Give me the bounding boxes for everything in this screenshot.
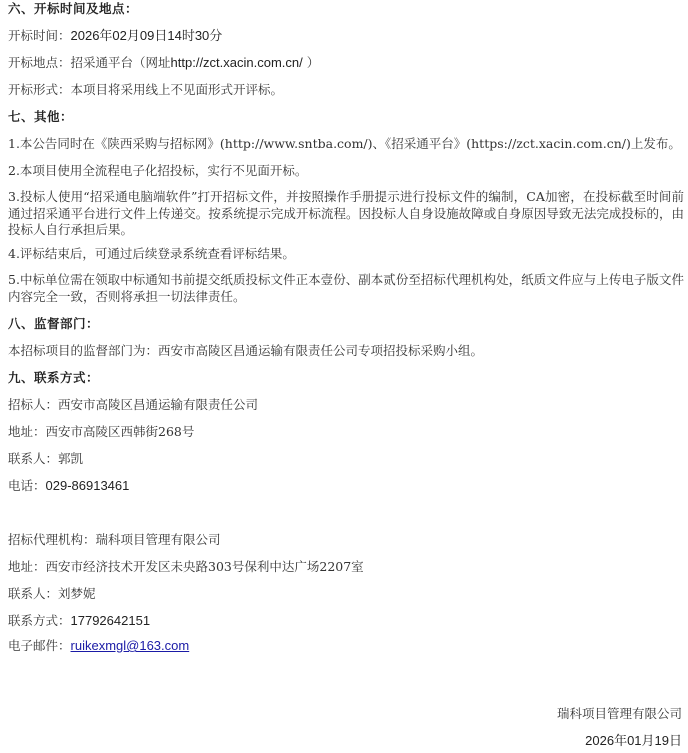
tenderer-contact: 郭凯 — [58, 451, 83, 466]
opening-place-prefix: 招采通平台（网址 — [71, 55, 171, 70]
opening-time-row: 开标时间：2026年02月09日14时30分 — [8, 27, 222, 44]
signature-date: 2026年01月19日 — [585, 732, 682, 749]
opening-place-label: 开标地点： — [8, 55, 71, 70]
other-item-1: 1.本公告同时在《陕西采购与招标网》(http://www.sntba.com/… — [8, 135, 681, 152]
tenderer-address-row: 地址：西安市高陵区西韩街268号 — [8, 423, 194, 440]
signature-company: 瑞科项目管理有限公司 — [557, 705, 682, 722]
agency-email-row: 电子邮件：ruikexmgl@163.com — [8, 637, 189, 654]
tenderer-name-label: 招标人： — [8, 397, 58, 412]
tenderer-name: 西安市高陵区昌通运输有限责任公司 — [58, 397, 258, 412]
tenderer-address: 西安市高陵区西韩街268号 — [46, 424, 195, 439]
tenderer-phone-row: 电话：029-86913461 — [8, 477, 129, 494]
agency-name: 瑞科项目管理有限公司 — [96, 532, 221, 547]
opening-form-value: 本项目将采用线上不见面形式开评标。 — [71, 82, 284, 97]
other-item-2: 2.本项目使用全流程电子化招投标，实行不见面开标。 — [8, 162, 307, 179]
other-item-4: 4.评标结束后，可通过后续登录系统查看评标结果。 — [8, 245, 295, 262]
opening-time-label: 开标时间： — [8, 28, 71, 43]
opening-place-row: 开标地点：招采通平台（网址http://zct.xacin.com.cn/ ） — [8, 54, 319, 71]
tenderer-phone-label: 电话： — [8, 478, 46, 493]
supervision-text: 本招标项目的监督部门为：西安市高陵区昌通运输有限责任公司专项招投标采购小组。 — [8, 342, 483, 359]
other-item-5: 5.中标单位需在领取中标通知书前提交纸质投标文件正本壹份、副本贰份至招标代理机构… — [8, 272, 684, 305]
tenderer-phone: 029-86913461 — [46, 478, 130, 493]
opening-place-url: http://zct.xacin.com.cn/ — [171, 55, 303, 70]
tenderer-contact-row: 联系人：郭凯 — [8, 450, 83, 467]
agency-name-row: 招标代理机构：瑞科项目管理有限公司 — [8, 531, 221, 548]
agency-phone: 17792642151 — [71, 613, 151, 628]
agency-contact-row: 联系人：刘梦妮 — [8, 585, 96, 602]
agency-address: 西安市经济技术开发区未央路303号保利中达广场2207室 — [46, 559, 364, 574]
section-7-heading: 七、其他： — [8, 108, 73, 125]
opening-place-suffix: ） — [303, 55, 319, 70]
agency-phone-row: 联系方式：17792642151 — [8, 612, 150, 629]
opening-form-label: 开标形式： — [8, 82, 71, 97]
opening-form-row: 开标形式：本项目将采用线上不见面形式开评标。 — [8, 81, 283, 98]
section-6-heading: 六、开标时间及地点： — [8, 0, 138, 17]
tenderer-address-label: 地址： — [8, 424, 46, 439]
opening-time-value: 2026年02月09日14时30分 — [71, 28, 223, 43]
section-8-heading: 八、监督部门： — [8, 315, 99, 332]
tenderer-contact-label: 联系人： — [8, 451, 58, 466]
agency-address-label: 地址： — [8, 559, 46, 574]
agency-email-label: 电子邮件： — [8, 638, 71, 653]
agency-name-label: 招标代理机构： — [8, 532, 96, 547]
agency-contact-label: 联系人： — [8, 586, 58, 601]
agency-contact: 刘梦妮 — [58, 586, 96, 601]
agency-address-row: 地址：西安市经济技术开发区未央路303号保利中达广场2207室 — [8, 558, 364, 575]
agency-phone-label: 联系方式： — [8, 613, 71, 628]
agency-email-link[interactable]: ruikexmgl@163.com — [71, 638, 190, 653]
section-9-heading: 九、联系方式： — [8, 369, 99, 386]
tenderer-name-row: 招标人：西安市高陵区昌通运输有限责任公司 — [8, 396, 258, 413]
other-item-3: 3.投标人使用“招采通电脑端软件”打开招标文件，并按照操作手册提示进行投标文件的… — [8, 189, 684, 239]
